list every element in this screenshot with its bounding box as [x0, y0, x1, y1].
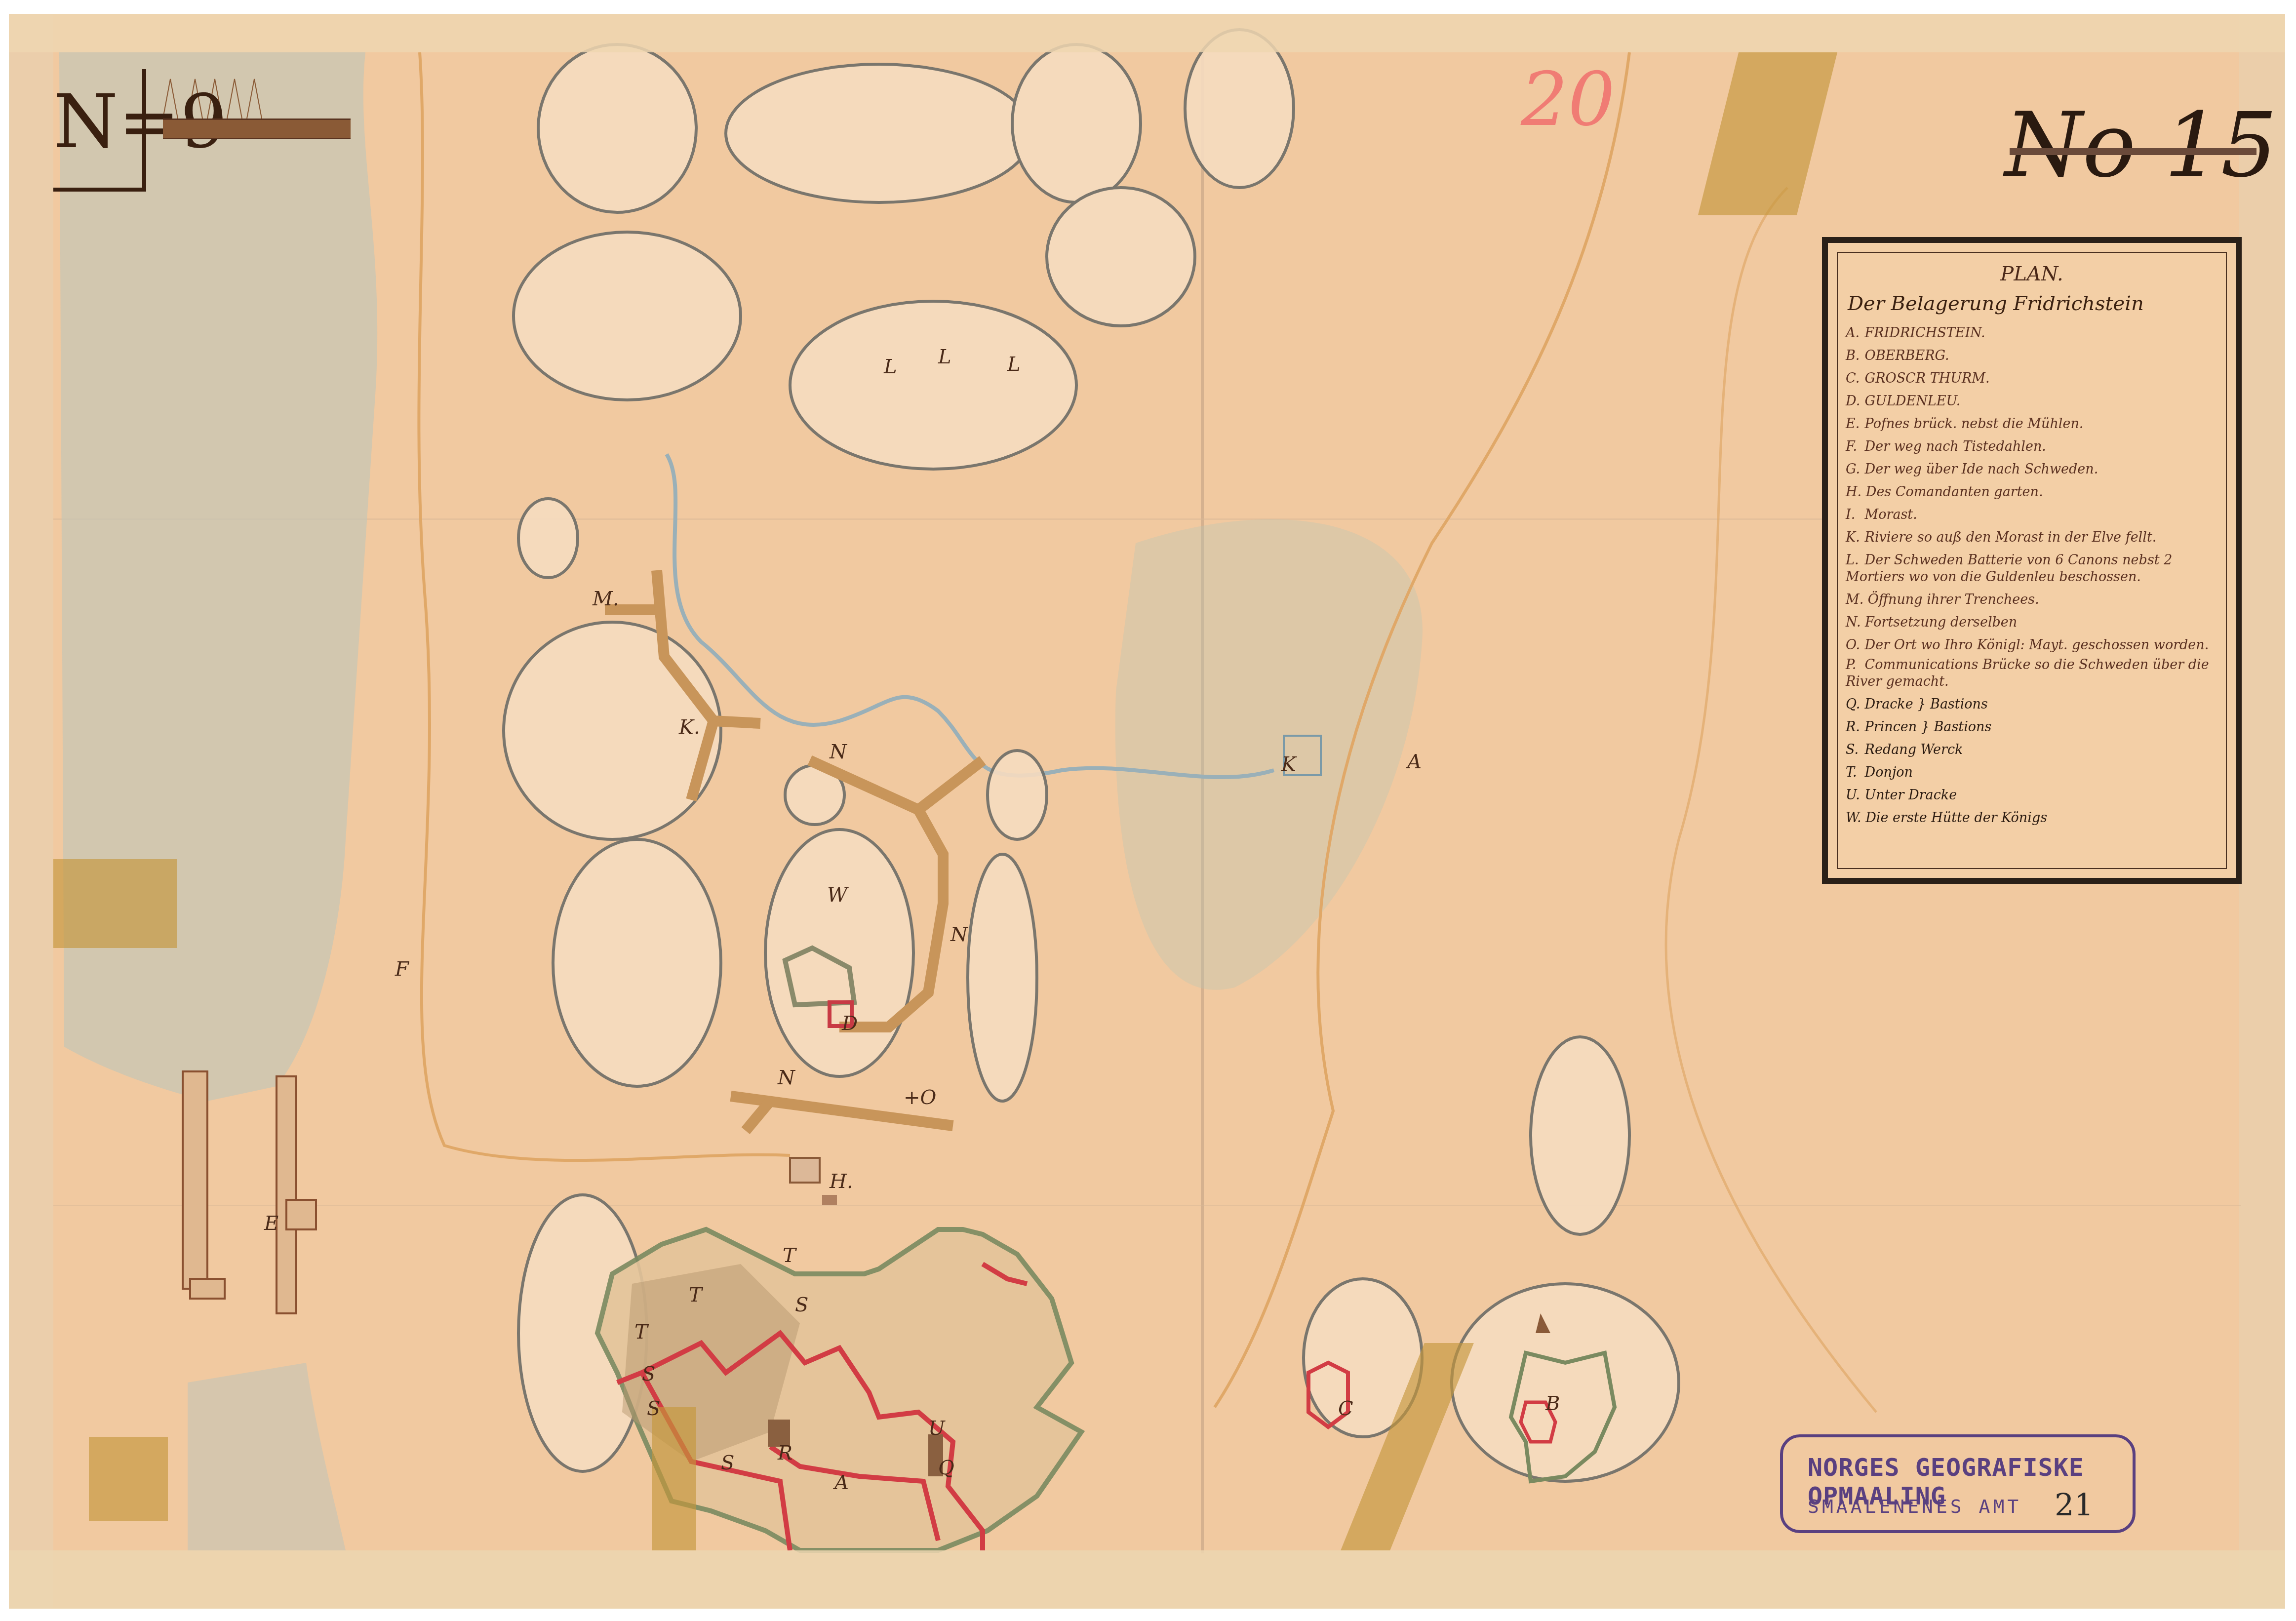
map-label-W-kings-hut: W — [827, 884, 847, 907]
legend-item: A. FRIDRICHSTEIN. — [1846, 322, 2226, 345]
map-label-L-battery-3: L — [1007, 353, 1021, 376]
map-label-L-battery-2: L — [938, 346, 951, 368]
legend-item: C. GROSCR THURM. — [1846, 367, 2226, 390]
legend-item: O. Der Ort wo Ihro Königl: Mayt. geschos… — [1846, 637, 2226, 654]
map-label-T-donjon-3: T — [634, 1321, 648, 1344]
map-label-F-road: F — [395, 958, 409, 981]
map-label-B-oberberg: B — [1545, 1392, 1560, 1415]
map-label-C-tower: C — [1338, 1397, 1353, 1420]
bridge-E — [183, 1071, 316, 1313]
legend-item: Q. Dracke } Bastions — [1846, 693, 2226, 716]
map-label-A-marsh: A — [1407, 751, 1422, 773]
map-label-S-redan-1: S — [795, 1294, 808, 1316]
stamp-number: 21 — [2055, 1487, 2094, 1523]
map-label-N-3: N — [778, 1067, 795, 1089]
legend-item: D. GULDENLEU. — [1846, 390, 2226, 413]
tape-strip-bottom — [9, 1550, 2285, 1609]
legend-item: S. Redang Werck — [1846, 739, 2226, 761]
map-label-T-donjon-2: T — [783, 1244, 796, 1267]
legend-item: P. Communications Brücke so die Schweden… — [1846, 657, 2226, 690]
map-label-D-guldenleu: D — [842, 1012, 858, 1035]
stamp-county: SMAALENENES AMT — [1808, 1496, 2021, 1517]
legend-item: R. Princen } Bastions — [1846, 716, 2226, 739]
map-label-S-redan-4: S — [721, 1452, 734, 1474]
legend-cartouche: PLAN. Der Belagerung Fridrichstein A. FR… — [1822, 237, 2242, 884]
legend-item: L. Der Schweden Batterie von 6 Canons ne… — [1846, 552, 2226, 586]
legend-item: H. Des Comandanten garten. — [1846, 481, 2226, 504]
legend-title: PLAN. — [1828, 263, 2236, 285]
legend-item: B. OBERBERG. — [1846, 345, 2226, 367]
legend-list: A. FRIDRICHSTEIN. B. OBERBERG. C. GROSCR… — [1846, 322, 2226, 830]
legend-subtitle: Der Belagerung Fridrichstein — [1848, 292, 2144, 315]
map-label-K-river-1: K. — [679, 716, 700, 739]
map-label-Q-bastion: Q — [938, 1457, 954, 1479]
legend-item: F. Der weg nach Tistedahlen. — [1846, 435, 2226, 458]
map-label-E-bridge: E — [264, 1212, 278, 1235]
map-label-K-river-2: K — [1281, 753, 1296, 776]
map-label-O-kings-spot: +O — [904, 1086, 936, 1109]
river-water-lower — [188, 1363, 346, 1550]
tan-tape-left — [53, 859, 177, 948]
scale-bar — [163, 119, 351, 139]
sheet-mark-box: N=9 — [53, 69, 146, 192]
map-label-L-battery-1: L — [884, 356, 897, 378]
legend-item: U. Unter Dracke — [1846, 784, 2226, 807]
tan-tape-bottom-left — [89, 1437, 168, 1521]
map-label-U-lower: U — [928, 1417, 945, 1440]
legend-item: M. Öffnung ihrer Trenchees. — [1846, 589, 2226, 611]
sheet-number-struck: No 15 — [2005, 94, 2277, 197]
legend-item: N. Fortsetzung derselben — [1846, 611, 2226, 634]
map-label-S-redan-3: S — [647, 1397, 660, 1420]
archive-number-red: 20 — [1521, 57, 1615, 143]
legend-item: W. Die erste Hütte der Königs — [1846, 807, 2226, 830]
marsh-area — [1115, 519, 1423, 990]
tape-strip-top — [9, 14, 2285, 52]
legend-item: T. Donjon — [1846, 761, 2226, 784]
map-label-S-redan-2: S — [642, 1363, 655, 1385]
legend-item: E. Pofnes brück. nebst die Mühlen. — [1846, 413, 2226, 435]
map-label-N-1: N — [830, 741, 847, 763]
tan-tape-fortress — [652, 1407, 696, 1550]
map-label-N-2: N — [950, 923, 968, 946]
commandant-garden — [790, 1158, 820, 1183]
legend-item: I. Morast. — [1846, 504, 2226, 526]
legend-item: K. Riviere so auß den Morast in der Elve… — [1846, 526, 2226, 549]
map-label-T-donjon-1: T — [689, 1284, 702, 1306]
map-label-H-garden: H. — [830, 1170, 853, 1193]
legend-item: G. Der weg über Ide nach Schweden. — [1846, 458, 2226, 481]
map-label-R-bastion: R — [778, 1442, 792, 1464]
map-label-M-opening: M. — [593, 588, 619, 610]
archive-stamp: NORGES GEOGRAFISKE OPMAALING SMAALENENES… — [1780, 1434, 2136, 1533]
strike-through — [2010, 148, 2256, 155]
map-label-A-fortress: A — [834, 1471, 849, 1494]
